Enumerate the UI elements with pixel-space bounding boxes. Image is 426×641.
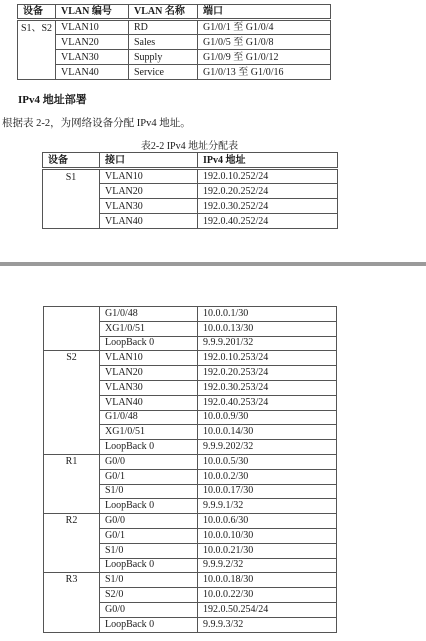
interface-cell: G0/1 xyxy=(100,469,198,484)
table-row: S2 VLAN10 192.0.10.253/24 xyxy=(44,351,337,366)
ip-cell: 192.0.40.253/24 xyxy=(198,395,337,410)
ip-cell: 192.0.10.252/24 xyxy=(198,169,338,184)
vlan-name-cell: Supply xyxy=(129,50,198,65)
table-caption: 表2-2 IPv4 地址分配表 xyxy=(42,137,337,152)
interface-cell: S1/0 xyxy=(100,573,198,588)
vlan-name-cell: Sales xyxy=(129,35,198,50)
vlan-name-cell: Service xyxy=(129,65,198,80)
ip-cell: 10.0.0.21/30 xyxy=(198,543,337,558)
table-row: R2 G0/0 10.0.0.6/30 xyxy=(44,514,337,529)
ports-cell: G1/0/5 至 G1/0/8 xyxy=(198,35,331,50)
ipv4-table-page2: G1/0/48 10.0.0.1/30 XG1/0/51 10.0.0.13/3… xyxy=(43,306,337,633)
device-cell: R2 xyxy=(44,514,100,573)
vlan-name-cell: RD xyxy=(129,20,198,35)
interface-cell: LoopBack 0 xyxy=(100,440,198,455)
ip-cell: 10.0.0.6/30 xyxy=(198,514,337,529)
vlan-port-table: 设备 VLAN 编号 VLAN 名称 端口 S1、S2 VLAN10 RD G1… xyxy=(17,4,331,80)
ip-cell: 192.0.50.254/24 xyxy=(198,602,337,617)
device-cell: S1 xyxy=(43,169,100,229)
interface-cell: G0/1 xyxy=(100,528,198,543)
interface-cell: VLAN40 xyxy=(100,395,198,410)
page-break-bar xyxy=(0,262,426,266)
table-row: R3 S1/0 10.0.0.18/30 xyxy=(44,573,337,588)
ip-cell: 192.0.40.252/24 xyxy=(198,214,338,229)
ip-cell: 9.9.9.201/32 xyxy=(198,336,337,351)
interface-cell: G1/0/48 xyxy=(100,307,198,322)
ip-cell: 192.0.30.252/24 xyxy=(198,199,338,214)
interface-cell: VLAN10 xyxy=(100,169,198,184)
interface-cell: VLAN10 xyxy=(100,351,198,366)
interface-cell: VLAN30 xyxy=(100,199,198,214)
ip-header: IPv4 地址 xyxy=(198,153,338,169)
ip-cell: 10.0.0.10/30 xyxy=(198,528,337,543)
ip-cell: 9.9.9.3/32 xyxy=(198,617,337,632)
interface-cell: LoopBack 0 xyxy=(100,499,198,514)
ip-cell: 192.0.10.253/24 xyxy=(198,351,337,366)
ip-cell: 192.0.20.253/24 xyxy=(198,366,337,381)
interface-cell: LoopBack 0 xyxy=(100,617,198,632)
device-header: 设备 xyxy=(18,5,56,20)
ip-cell: 9.9.9.2/32 xyxy=(198,558,337,573)
table-row: S1、S2 VLAN10 RD G1/0/1 至 G1/0/4 xyxy=(18,20,331,35)
ip-cell: 9.9.9.1/32 xyxy=(198,499,337,514)
device-header: 设备 xyxy=(43,153,100,169)
vlan-id-cell: VLAN30 xyxy=(56,50,129,65)
ipv4-table-header-row: 设备 接口 IPv4 地址 xyxy=(43,153,338,169)
interface-header: 接口 xyxy=(100,153,198,169)
table-row: VLAN20 Sales G1/0/5 至 G1/0/8 xyxy=(18,35,331,50)
vlan-name-header: VLAN 名称 xyxy=(129,5,198,20)
vlan-id-header: VLAN 编号 xyxy=(56,5,129,20)
interface-cell: S1/0 xyxy=(100,543,198,558)
ip-cell: 10.0.0.18/30 xyxy=(198,573,337,588)
table-row: VLAN40 Service G1/0/13 至 G1/0/16 xyxy=(18,65,331,80)
ip-cell: 10.0.0.14/30 xyxy=(198,425,337,440)
table-row: S1 VLAN10 192.0.10.252/24 xyxy=(43,169,338,184)
interface-cell: XG1/0/51 xyxy=(100,425,198,440)
vlan-id-cell: VLAN20 xyxy=(56,35,129,50)
ip-cell: 10.0.0.2/30 xyxy=(198,469,337,484)
ports-header: 端口 xyxy=(198,5,331,20)
ip-cell: 10.0.0.5/30 xyxy=(198,454,337,469)
vlan-id-cell: VLAN40 xyxy=(56,65,129,80)
interface-cell: G0/0 xyxy=(100,602,198,617)
ip-cell: 10.0.0.22/30 xyxy=(198,588,337,603)
ip-cell: 10.0.0.1/30 xyxy=(198,307,337,322)
ip-cell: 192.0.20.252/24 xyxy=(198,184,338,199)
table-row: R1 G0/0 10.0.0.5/30 xyxy=(44,454,337,469)
ip-cell: 10.0.0.17/30 xyxy=(198,484,337,499)
ipv4-table-page1: 设备 接口 IPv4 地址 S1 VLAN10 192.0.10.252/24 … xyxy=(42,152,338,229)
interface-cell: LoopBack 0 xyxy=(100,336,198,351)
interface-cell: VLAN30 xyxy=(100,380,198,395)
interface-cell: VLAN40 xyxy=(100,214,198,229)
ip-cell: 9.9.9.202/32 xyxy=(198,440,337,455)
vlan-table-header-row: 设备 VLAN 编号 VLAN 名称 端口 xyxy=(18,5,331,20)
interface-cell: LoopBack 0 xyxy=(100,558,198,573)
interface-cell: G1/0/48 xyxy=(100,410,198,425)
table-row: VLAN30 Supply G1/0/9 至 G1/0/12 xyxy=(18,50,331,65)
ip-cell: 10.0.0.9/30 xyxy=(198,410,337,425)
device-cell xyxy=(44,307,100,351)
ip-cell: 10.0.0.13/30 xyxy=(198,321,337,336)
ip-cell: 192.0.30.253/24 xyxy=(198,380,337,395)
device-cell: R1 xyxy=(44,454,100,513)
device-cell: R3 xyxy=(44,573,100,632)
ports-cell: G1/0/13 至 G1/0/16 xyxy=(198,65,331,80)
interface-cell: S2/0 xyxy=(100,588,198,603)
interface-cell: G0/0 xyxy=(100,514,198,529)
interface-cell: XG1/0/51 xyxy=(100,321,198,336)
ports-cell: G1/0/1 至 G1/0/4 xyxy=(198,20,331,35)
intro-paragraph: 根据表 2-2，为网络设备分配 IPv4 地址。 xyxy=(2,115,191,130)
table-row: G1/0/48 10.0.0.1/30 xyxy=(44,307,337,322)
interface-cell: VLAN20 xyxy=(100,184,198,199)
device-cell: S1、S2 xyxy=(18,20,56,80)
vlan-id-cell: VLAN10 xyxy=(56,20,129,35)
interface-cell: G0/0 xyxy=(100,454,198,469)
ports-cell: G1/0/9 至 G1/0/12 xyxy=(198,50,331,65)
interface-cell: VLAN20 xyxy=(100,366,198,381)
interface-cell: S1/0 xyxy=(100,484,198,499)
section-heading: IPv4 地址部署 xyxy=(18,91,87,107)
device-cell: S2 xyxy=(44,351,100,455)
